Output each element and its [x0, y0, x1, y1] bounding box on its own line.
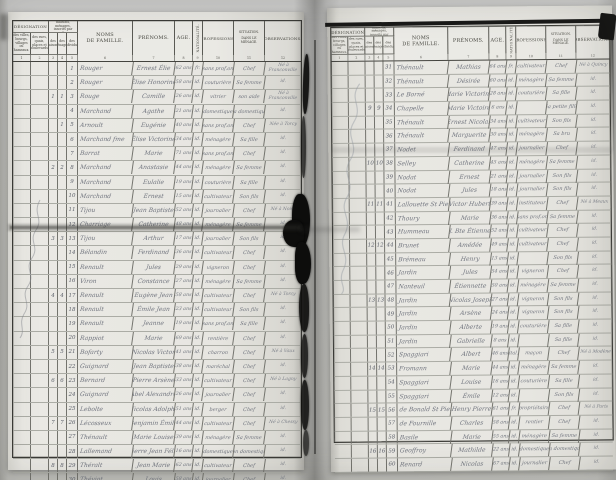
cell-age: 16 ans	[174, 445, 194, 458]
col-number: 11	[234, 55, 265, 61]
cell-no-menage	[58, 133, 67, 146]
cell-prenom: Nicolas Joseph	[450, 293, 493, 306]
column-header-age: AGE.	[489, 26, 506, 53]
cell-prenom: Catherine	[132, 218, 176, 231]
cell-no-menage	[378, 417, 387, 430]
cell-no-maison	[368, 349, 377, 362]
cell-nom: Thénault	[394, 75, 450, 88]
cell-designation-2	[349, 116, 366, 129]
cell-observations: id.	[579, 456, 614, 469]
cell-situation: Son fils	[233, 190, 266, 203]
column-header-menages: des ménages.	[58, 33, 67, 55]
cell-nom: Rouge	[77, 90, 134, 103]
cell-profession: journalier	[202, 232, 235, 245]
cell-profession: ménagère	[202, 161, 235, 174]
cell-nom: Nodat	[395, 170, 451, 183]
table-row: 15RenaultJules29 ansid.vigneronChefid.	[13, 261, 301, 275]
cell-nom: Fromann	[396, 362, 452, 375]
cell-age: 61 ans	[492, 403, 511, 416]
column-header-menages: des ménages.	[374, 37, 383, 55]
cell-profession: instituteur	[517, 197, 549, 210]
col-number: 10	[203, 55, 234, 61]
cell-age: 30 ans	[489, 129, 508, 142]
cell-situation: Sa fille	[548, 375, 580, 388]
cell-nom: Lécosseux	[77, 417, 134, 430]
cell-designation-2	[31, 62, 49, 75]
cell-age: 49 ans	[490, 238, 509, 251]
cell-prenom: Eulalie	[132, 176, 176, 189]
col-number: 6	[394, 54, 448, 60]
cell-designation-2	[31, 317, 49, 330]
cell-observations: id.	[577, 183, 612, 196]
cell-age: 29 ans	[174, 261, 194, 274]
col-number: 3	[365, 55, 374, 61]
cell-prenom: Agathe	[132, 105, 176, 118]
cell-designation-2	[31, 374, 49, 387]
cell-situation: Sa fille	[233, 176, 266, 189]
cell-no-maison	[49, 76, 58, 89]
cell-no-maison	[367, 226, 376, 239]
col-number: 8	[489, 53, 506, 59]
table-row: 16VironConstance27 ansid.ménagèreSa femm…	[13, 275, 301, 289]
cell-no-maison	[367, 212, 376, 225]
column-header-age: AGE.	[175, 21, 193, 55]
cell-profession: vigneron	[518, 306, 550, 319]
cell-age: 52 ans	[490, 225, 509, 238]
cell-designation-2	[31, 417, 49, 430]
cell-no-menage	[58, 332, 67, 345]
cell-age: 52 ans	[174, 204, 194, 217]
cell-no-menage: 8	[58, 459, 67, 472]
cell-nom: Théralt	[77, 459, 134, 472]
cell-no-menage	[58, 62, 67, 75]
column-header-noms: NOMS DE FAMILLE.	[394, 27, 448, 54]
cell-age: 44 ans	[174, 161, 194, 174]
cell-age: 58 ans	[174, 473, 194, 480]
cell-observations: id.	[578, 333, 613, 346]
cell-no-menage	[58, 275, 67, 288]
cell-profession: ménagère	[202, 133, 235, 146]
census-table-right: DÉSIGNATION NUMÉROS des maisons, ménages…	[330, 25, 614, 443]
cell-no-individu: 30	[67, 473, 78, 480]
cell-no-maison: 14	[368, 363, 377, 376]
cell-no-menage	[58, 445, 67, 458]
cell-profession: couturière	[518, 375, 550, 388]
cell-no-maison	[49, 246, 58, 259]
cell-situation: Chef	[547, 265, 579, 278]
cell-nom: Jardin	[396, 321, 452, 334]
cell-designation-1	[13, 90, 31, 103]
cell-no-menage	[375, 116, 384, 129]
cell-situation: Chef	[546, 142, 578, 155]
cell-designation-1	[13, 161, 31, 174]
cell-situation: Chef	[233, 346, 266, 359]
cell-situation: Son fils	[546, 115, 578, 128]
cell-no-menage: 16	[378, 445, 387, 458]
cell-no-menage	[374, 62, 383, 75]
cell-nom: Hummeau	[395, 225, 451, 238]
cell-designation-2	[350, 185, 367, 198]
cell-age: 39 ans	[174, 431, 194, 444]
cell-no-maison: 4	[49, 289, 58, 302]
cell-observations: id.	[576, 73, 611, 86]
cell-no-maison: 2	[49, 161, 58, 174]
cell-situation: Sa femme	[233, 161, 266, 174]
cell-no-menage: 4	[58, 289, 67, 302]
ink-blot	[301, 380, 309, 430]
cell-designation-1	[13, 332, 31, 345]
table-row: 19RenaultJeanne19 ansid.sans prof.onSa f…	[13, 317, 301, 331]
cell-no-maison	[49, 119, 58, 132]
cell-prenom: Gabrielle	[450, 334, 493, 347]
table-body-left: 1RougerErnest Élie62 ansfr.sans prof.onC…	[13, 62, 301, 480]
cell-designation-2	[31, 176, 49, 189]
cell-designation-1	[13, 275, 31, 288]
cell-prenom: Élise Honorine	[132, 76, 176, 89]
cell-situation: Sa femme	[549, 429, 581, 442]
cell-situation: Chef	[547, 197, 579, 210]
cell-age: 67 ans	[492, 457, 511, 470]
cell-designation-1	[13, 289, 31, 302]
cell-profession: cultivateur	[202, 190, 235, 203]
cell-prenom: Eugénie	[132, 119, 176, 132]
cell-nom: Marchand	[77, 176, 134, 189]
cell-nom: Geoffroy	[397, 444, 453, 457]
cell-no-menage	[58, 303, 67, 316]
cell-no-maison	[369, 431, 378, 444]
cell-profession: cultivateur	[202, 303, 235, 316]
cell-nom: Thénault	[77, 431, 134, 444]
cell-designation-2	[349, 89, 366, 102]
cell-age: 19 ans	[174, 176, 194, 189]
cell-prenom: Victor Hubert	[449, 197, 492, 210]
cell-no-menage: 2	[58, 161, 67, 174]
col-number: 2	[348, 55, 365, 61]
cell-profession: charron	[202, 346, 235, 359]
cell-no-maison	[369, 459, 378, 472]
cell-no-maison: 5	[49, 346, 58, 359]
cell-prenom: Marguerite	[448, 129, 491, 142]
cell-designation-2	[31, 332, 49, 345]
cell-no-maison	[49, 204, 58, 217]
cell-profession: cultivateur	[202, 417, 235, 430]
cell-designation-2	[31, 445, 49, 458]
col-number: 7	[133, 55, 175, 61]
cell-profession: ménagère	[517, 156, 549, 169]
cell-prenom: Pierre Jean Félix	[132, 445, 176, 458]
cell-profession: couturière	[202, 76, 235, 89]
cell-designation-2	[348, 62, 365, 75]
cell-situation: Chef	[233, 147, 266, 160]
cell-prenom: Charles	[451, 416, 494, 429]
cell-observations: Né à Paris	[579, 402, 614, 415]
cell-no-maison	[49, 190, 58, 203]
cell-profession: journalier	[202, 204, 235, 217]
cell-nom: Jardin	[396, 335, 452, 348]
cell-nom: Charriage	[77, 218, 134, 231]
table-row: 11TijouJean Baptiste52 ansid.journalierC…	[13, 204, 301, 218]
cell-profession: ménagère	[202, 275, 235, 288]
cell-prenom: Ferdinand	[132, 246, 176, 259]
cell-no-maison	[49, 317, 58, 330]
cell-situation: Son fils	[548, 292, 580, 305]
cell-no-maison	[49, 275, 58, 288]
cell-age: 21 ans	[490, 170, 509, 183]
cell-prenom: Jules	[449, 184, 492, 197]
cell-age: 38 ans	[174, 360, 194, 373]
cell-designation-2	[31, 261, 49, 274]
cell-situation: Chef	[233, 360, 266, 373]
cell-situation: Sa fille	[548, 334, 580, 347]
cell-designation-2	[349, 75, 366, 88]
cell-no-menage	[377, 308, 386, 321]
cell-prenom: Nicolas Adolphe	[132, 403, 176, 416]
table-row: 20RappiotMarie69 ansid.rentièreChefid.	[13, 332, 301, 346]
cell-profession: vitrier	[202, 90, 235, 103]
cell-designation-2	[31, 204, 49, 217]
cell-no-maison	[368, 322, 377, 335]
cell-situation: Sa fille	[548, 320, 580, 333]
cell-prenom: Jean Baptiste	[132, 360, 176, 373]
cell-age: 8 ans	[491, 334, 510, 347]
cell-designation-1	[13, 119, 31, 132]
cell-prenom: Marie Victoire	[448, 102, 491, 115]
cell-designation-2	[31, 190, 49, 203]
cell-nom: Brunet	[395, 239, 451, 252]
cell-designation-2	[351, 376, 368, 389]
ink-blot	[303, 430, 309, 456]
cell-observations: id.	[576, 128, 611, 141]
cell-nom: Lebolte	[77, 403, 134, 416]
cell-situation: Chef	[549, 416, 581, 429]
cell-no-menage	[375, 130, 384, 143]
cell-designation-2	[352, 445, 369, 458]
cell-observations: id.	[578, 320, 613, 333]
cell-no-menage	[376, 281, 385, 294]
table-row: 25LebolteNicolas Adolphe51 ansid.bergerC…	[13, 403, 301, 417]
cell-observations: id.	[577, 210, 612, 223]
cell-prenom: Alberte	[450, 321, 493, 334]
col-number: 10	[516, 53, 546, 59]
cell-no-maison: 7	[49, 417, 58, 430]
column-header-designation-sub2: des rues, quais, places et boulevards.	[348, 37, 365, 55]
cell-situation: Chef	[233, 374, 266, 387]
cell-profession: ménagère	[516, 129, 548, 142]
cell-age: 41 ans	[174, 346, 194, 359]
cell-nom: Renault	[77, 261, 134, 274]
cell-nom: Nanteuil	[396, 280, 452, 293]
cell-prenom: Émile	[451, 389, 494, 402]
cell-observations: Né à Modène	[578, 347, 613, 360]
cell-no-menage: 14	[377, 363, 386, 376]
cell-designation-1	[13, 218, 31, 231]
cell-age: 47 ans	[489, 143, 508, 156]
cell-designation-2	[351, 308, 368, 321]
cell-situation: Chef	[233, 119, 266, 132]
cell-no-maison	[49, 332, 58, 345]
column-header-numeros: NUMÉROS des maisons, ménages, inscrits p…	[49, 21, 78, 33]
cell-profession: ménagère	[516, 74, 548, 87]
cell-prenom: Abel Alexandre	[132, 388, 176, 401]
cell-designation-2	[350, 199, 367, 212]
cell-designation-2	[31, 119, 49, 132]
cell-designation-2	[350, 226, 367, 239]
cell-designation-2	[349, 171, 366, 184]
cell-designation-2	[31, 360, 49, 373]
cell-prenom: Marie Victorine	[448, 88, 491, 101]
cell-no-maison	[49, 176, 58, 189]
cell-designation-2	[31, 473, 49, 480]
cell-no-maison	[366, 144, 375, 157]
cell-no-menage	[58, 403, 67, 416]
cell-nom: Guignard	[77, 388, 134, 401]
cell-situation: Son fils	[233, 232, 266, 245]
cell-nom: Spaggiari	[396, 348, 452, 361]
cell-no-menage	[58, 360, 67, 373]
cell-nom: Renault	[77, 317, 134, 330]
cell-age: 33 ans	[174, 374, 194, 387]
cell-designation-1	[13, 473, 31, 480]
cell-no-maison	[369, 417, 378, 430]
table-row: 60RenardNicolas67 ansid.journalierChefid…	[335, 456, 613, 472]
cell-nom: Tijou	[77, 204, 134, 217]
cell-observations: id.	[576, 87, 611, 100]
table-row: 113RougeCamille26 ansid.vitrierson aideN…	[13, 90, 301, 104]
cell-designation-2	[31, 275, 49, 288]
cell-no-maison	[49, 403, 58, 416]
cell-profession	[518, 334, 550, 347]
cell-age: 26 ans	[174, 388, 194, 401]
cell-nom: Renard	[397, 458, 453, 471]
cell-designation-2	[31, 346, 49, 359]
cell-designation-1	[13, 431, 31, 444]
cell-profession: berger	[202, 403, 235, 416]
cell-designation-1	[13, 388, 31, 401]
col-number: 2	[31, 55, 49, 61]
cell-observations: id.	[579, 415, 614, 428]
ink-blot	[299, 284, 309, 332]
cell-profession: cultivateur	[517, 224, 549, 237]
cell-designation-2	[31, 303, 49, 316]
cell-no-maison	[366, 89, 375, 102]
cell-designation-1	[13, 360, 31, 373]
cell-no-maison	[368, 390, 377, 403]
cell-observations: id.	[576, 114, 611, 127]
cell-nom: Thénault	[394, 116, 450, 129]
cell-nom: Arnoult	[77, 119, 134, 132]
cell-profession: ménagère	[202, 218, 235, 231]
cell-no-menage: 1	[58, 119, 67, 132]
cell-situation: Sa femme	[546, 74, 578, 87]
cell-age: 62 ans	[174, 459, 194, 472]
cell-no-maison: 10	[366, 157, 375, 170]
cell-age: 28 ans	[489, 88, 508, 101]
cell-profession: cultivateur	[516, 115, 548, 128]
cell-designation-2	[349, 144, 366, 157]
cell-nom: de Bonald St Pierre	[397, 403, 453, 416]
cell-no-maison	[49, 261, 58, 274]
cell-profession: journalier	[517, 183, 549, 196]
column-header-noms: NOMS DE FAMILLE.	[78, 21, 133, 55]
cell-designation-1	[13, 76, 31, 89]
cell-nom: Rappiot	[77, 332, 134, 345]
cell-situation: Son fils	[549, 388, 581, 401]
cell-designation-2	[351, 404, 368, 417]
cell-nom: Nodat	[395, 184, 451, 197]
table-row: 8829ThéraltJean Marie62 ansid.cultivateu…	[13, 459, 301, 473]
cell-prenom: Ernest	[449, 170, 492, 183]
cell-observations: id.	[577, 169, 612, 182]
cell-no-menage	[377, 376, 386, 389]
cell-designation-2	[31, 105, 49, 118]
cell-age: 24 ans	[491, 307, 510, 320]
cell-nom: Thénault	[394, 129, 450, 142]
col-number: 12	[576, 53, 609, 59]
cell-no-menage: 5	[58, 346, 67, 359]
cell-no-menage	[375, 171, 384, 184]
cell-designation-2	[352, 431, 369, 444]
cell-prenom: Ernest Élie	[132, 62, 176, 75]
cell-situation: Chef	[233, 417, 266, 430]
cell-prenom: Albert	[450, 348, 493, 361]
ink-blot	[295, 242, 311, 284]
cell-age: 50 ans	[491, 279, 510, 292]
cell-prenom: Eugène Jean	[132, 289, 176, 302]
cell-designation-1	[13, 303, 31, 316]
cell-situation: Chef	[233, 204, 266, 217]
cell-prenom: Marie	[451, 430, 494, 443]
cell-situation: Sa fille	[233, 317, 266, 330]
cell-profession: ménagère	[518, 361, 550, 374]
cell-profession: rentière	[202, 332, 235, 345]
cell-profession: sans prof.on	[202, 119, 235, 132]
cell-no-menage	[376, 226, 385, 239]
cell-nom: Chapelle	[394, 102, 450, 115]
cell-no-menage	[375, 144, 384, 157]
cell-no-menage: 15	[377, 404, 386, 417]
cell-designation-2	[31, 431, 49, 444]
cell-age: 17 ans	[174, 232, 194, 245]
cell-observations: id.	[578, 306, 613, 319]
table-row: 9MarchandEulalie19 ansid.couturièreSa fi…	[13, 176, 301, 190]
scanned-register-spread: DÉSIGNATION NUMÉROS des maisons, ménages…	[0, 0, 616, 480]
situation-line1: SITUATION.	[239, 31, 259, 35]
cell-profession: journalier	[202, 388, 235, 401]
cell-age: 46 ans	[491, 348, 510, 361]
cell-no-menage	[378, 458, 387, 471]
cell-age: 34 ans	[489, 115, 508, 128]
column-header-nationalite: NATIONALITÉ.	[193, 21, 203, 55]
cell-designation-1	[13, 147, 31, 160]
cell-prenom: Ferdinand	[448, 143, 491, 156]
col-number: 6	[78, 55, 133, 61]
cell-no-maison: 12	[367, 240, 376, 253]
cell-no-maison: 8	[49, 459, 58, 472]
cell-no-maison	[366, 116, 375, 129]
cell-designation-2	[350, 253, 367, 266]
cell-no-menage	[58, 218, 67, 231]
cell-prenom: Henry	[449, 252, 492, 265]
cell-age: 58 ans	[174, 76, 194, 89]
cell-no-menage: 11	[376, 198, 385, 211]
cell-no-maison	[49, 445, 58, 458]
cell-designation-2	[352, 459, 369, 472]
cell-designation-2	[31, 133, 49, 146]
cell-designation-1	[13, 346, 31, 359]
cell-prenom: Ernest	[132, 190, 176, 203]
cell-designation-1	[13, 261, 31, 274]
cell-situation: Chef	[233, 403, 266, 416]
